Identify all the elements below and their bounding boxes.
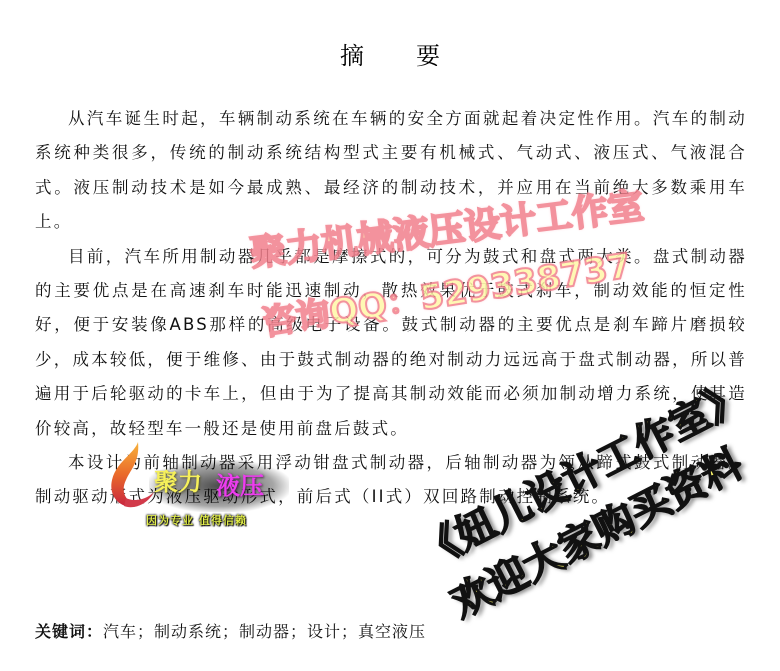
logo-name-part2: 液压	[216, 466, 264, 501]
keywords-label: 关键词：	[35, 622, 103, 641]
keywords-line: 关键词：汽车；制动系统；制动器；设计；真空液压	[35, 619, 426, 642]
page-title: 摘要	[0, 36, 780, 71]
title-char-1: 摘	[340, 36, 364, 71]
keywords-value: 汽车；制动系统；制动器；设计；真空液压	[103, 622, 426, 641]
brand-logo: 聚力 液压 因为专业 值得信赖	[104, 440, 294, 532]
logo-name-part1: 聚力	[154, 462, 202, 497]
document-page: 摘要 从汽车诞生时起，车辆制动系统在车辆的安全方面就起着决定性作用。汽车的制动系…	[0, 0, 780, 671]
title-char-2: 要	[416, 36, 440, 71]
logo-slogan: 因为专业 值得信赖	[146, 512, 247, 528]
